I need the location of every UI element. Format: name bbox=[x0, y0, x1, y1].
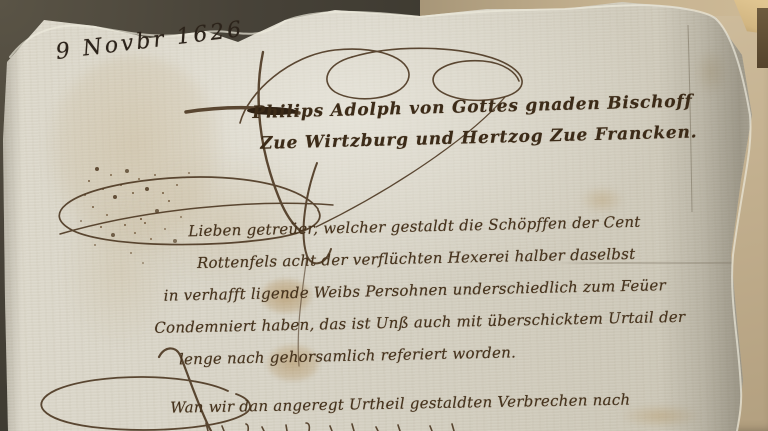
manuscript-photo: 9 Novbr 1626 Philips Adolph von Gottes g… bbox=[0, 0, 768, 431]
letterhead: Philips Adolph von Gottes gnaden Bischof… bbox=[252, 86, 698, 160]
torn-right-edge-highlight bbox=[716, 19, 751, 431]
body-paragraph-1: Lieben getreüer, welcher gestaldt die Sc… bbox=[150, 205, 686, 376]
partial-bottom-line bbox=[206, 423, 454, 431]
